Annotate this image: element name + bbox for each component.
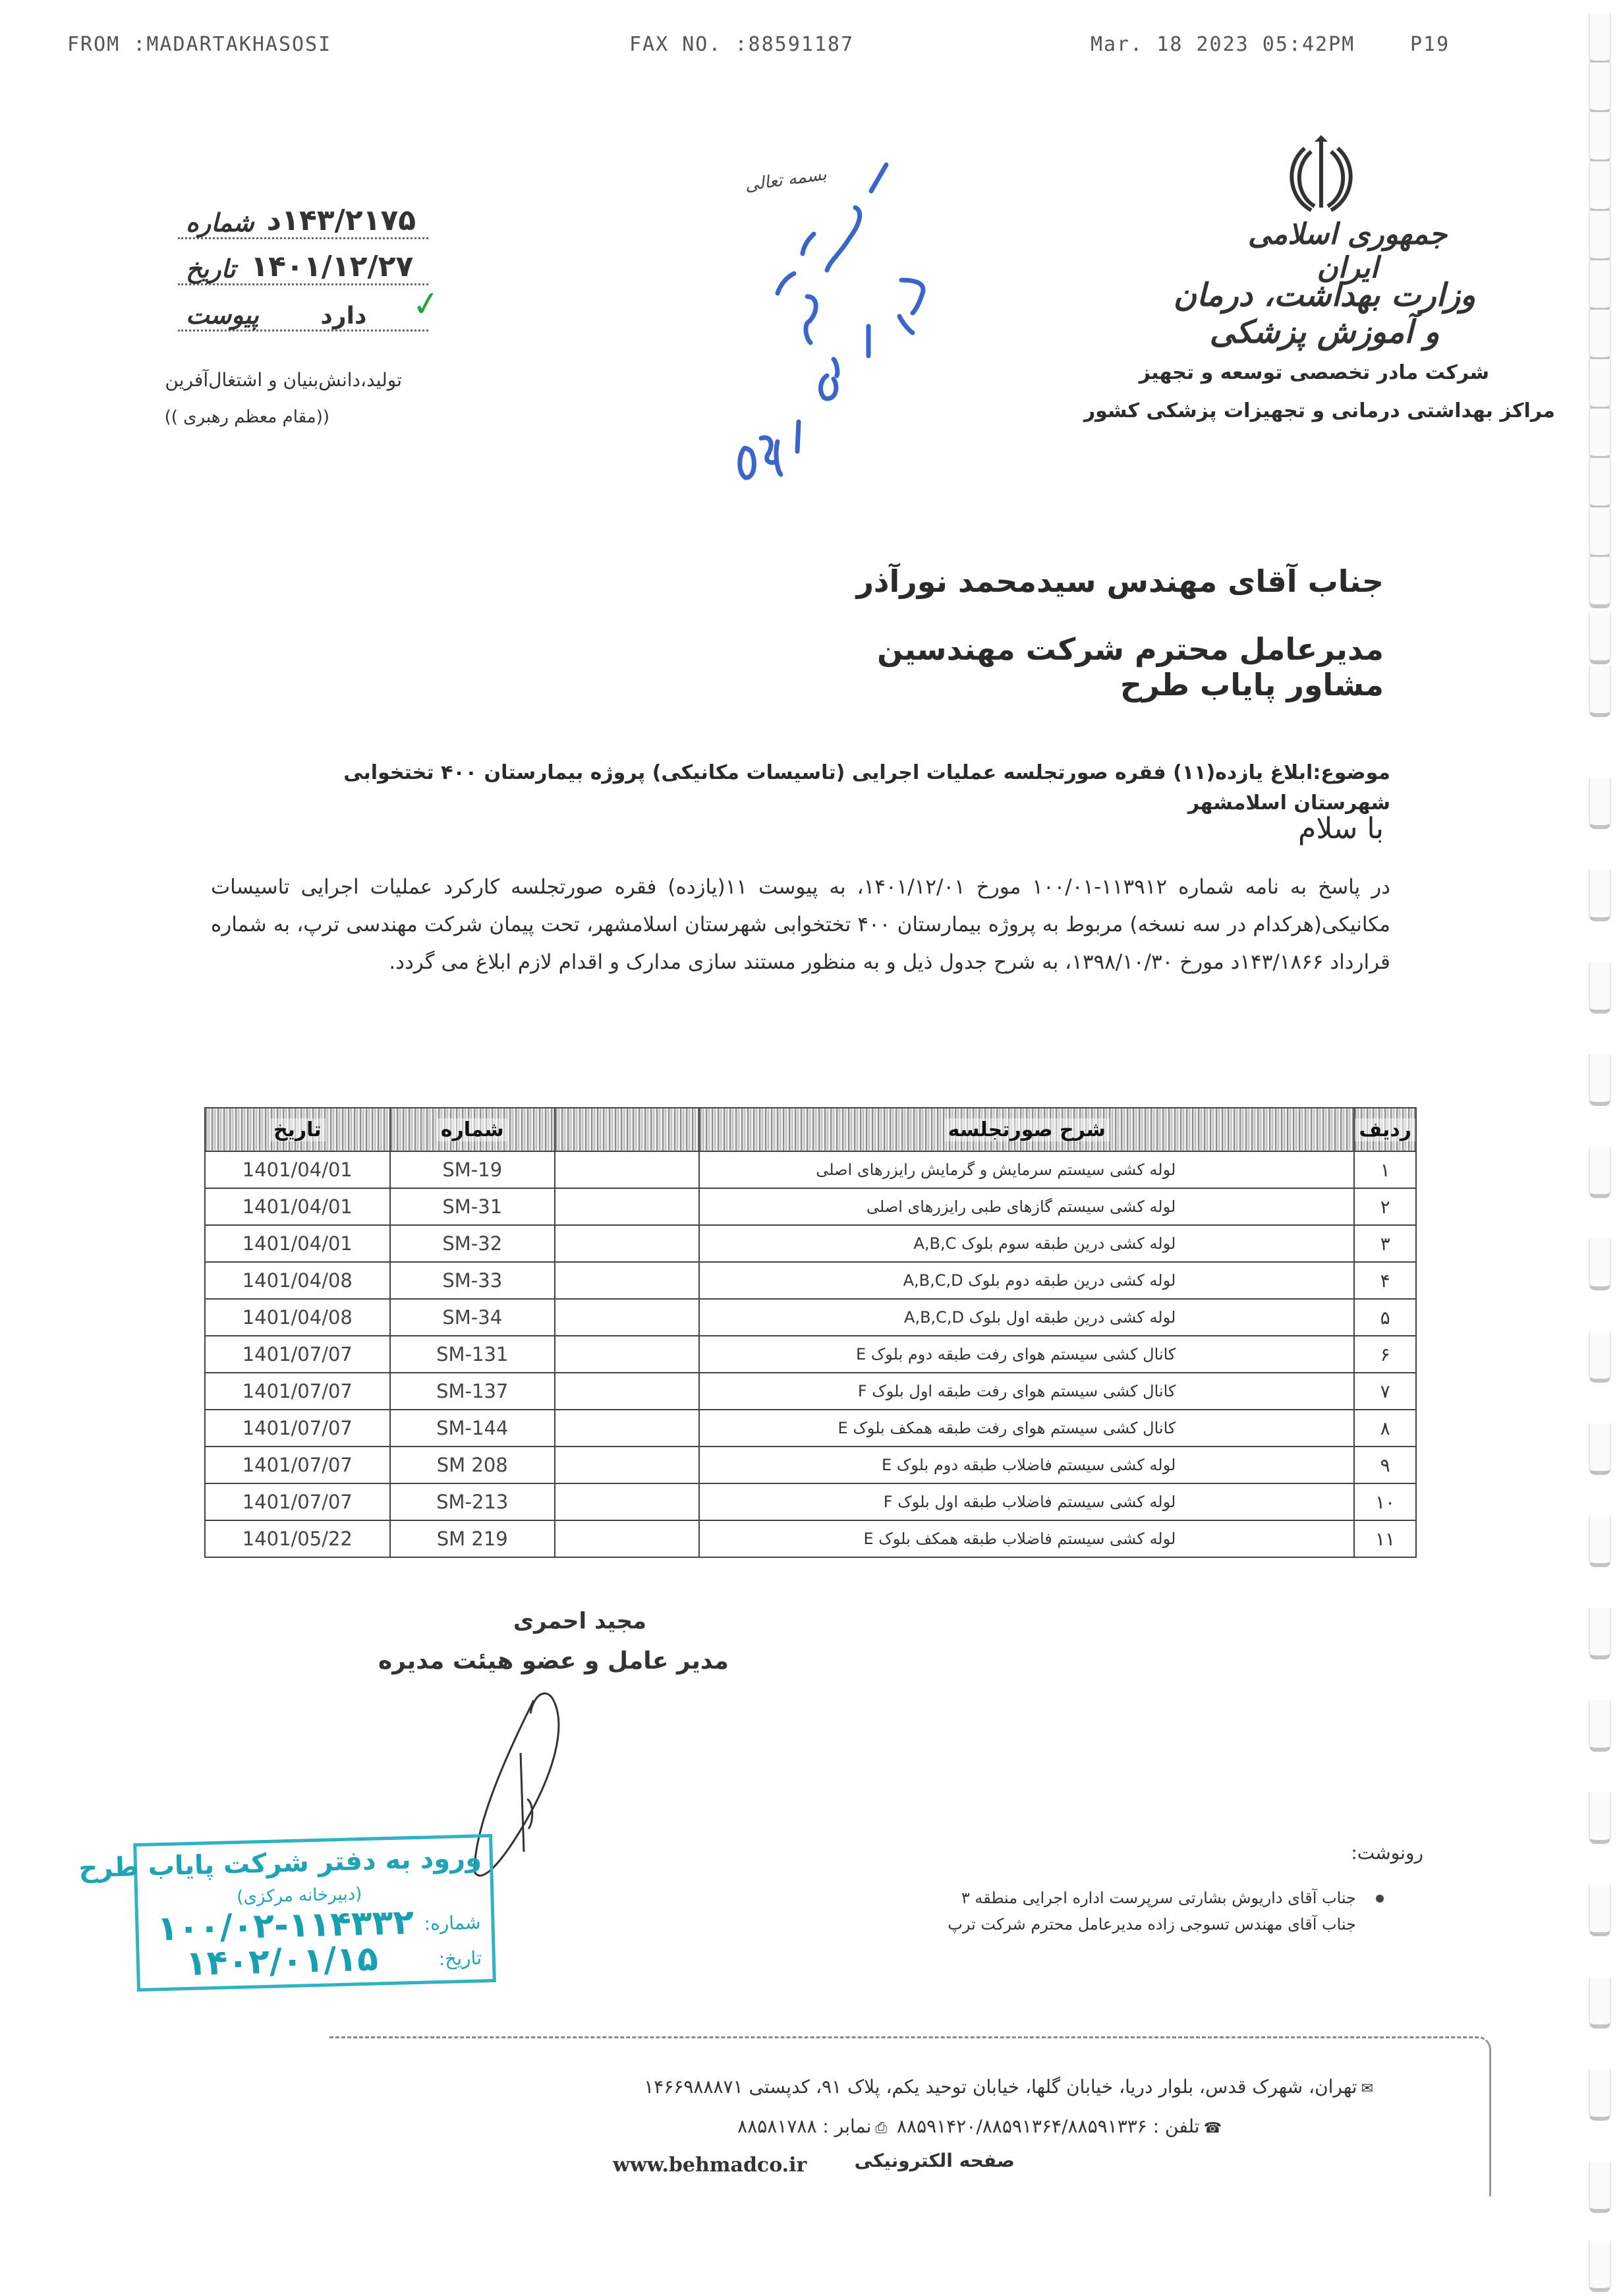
header-number: شماره	[390, 1108, 555, 1151]
row-blank	[555, 1299, 699, 1336]
row-index: ۱۱	[1354, 1520, 1416, 1557]
header-description: شرح صورتجلسه	[699, 1108, 1354, 1151]
binding-hole	[1589, 557, 1611, 608]
row-date: 1401/04/01	[205, 1151, 390, 1188]
row-index: ۷	[1354, 1373, 1416, 1410]
footer-address: ✉تهران، شهرک قدس، بلوار دریا، خیابان گله…	[369, 2076, 1377, 2098]
row-description: کانال کشی سیستم هوای رفت طبقه اول بلوک F	[699, 1373, 1354, 1410]
row-description: کانال کشی سیستم هوای رفت طبقه دوم بلوک E	[699, 1336, 1354, 1373]
reference-date-label: تاریخ	[186, 254, 236, 283]
binding-hole	[1589, 458, 1611, 509]
handwritten-annotation-icon	[698, 145, 975, 514]
row-description: لوله کشی سیستم سرمایش و گرمایش رایزرهای …	[699, 1151, 1354, 1188]
motto-line-2: ((مقام معظم رهبری ))	[125, 407, 329, 427]
motto-line-1: تولید،دانش‌بنیان و اشتغال‌آفرین	[152, 369, 402, 391]
table-row: ۶ کانال کشی سیستم هوای رفت طبقه دوم بلوک…	[205, 1336, 1416, 1373]
signatory-name: مجید احمری	[488, 1608, 672, 1634]
row-index: ۳	[1354, 1225, 1416, 1262]
binding-hole	[1589, 1054, 1611, 1106]
row-number: SM-34	[390, 1299, 555, 1336]
reference-number-label: شماره	[186, 208, 254, 237]
row-description: لوله کشی سیستم فاضلاب طبقه اول بلوک F	[699, 1483, 1354, 1520]
binding-hole	[1589, 1977, 1611, 2028]
table-row: ۸ کانال کشی سیستم هوای رفت طبقه همکف بلو…	[205, 1410, 1416, 1447]
row-description: کانال کشی سیستم هوای رفت طبقه همکف بلوک …	[699, 1410, 1354, 1447]
row-date: 1401/07/07	[205, 1447, 390, 1483]
row-number: SM-144	[390, 1410, 555, 1447]
binding-hole	[1589, 161, 1611, 213]
stamp-title: ورود به دفتر شرکت پایاب طرح	[78, 1843, 482, 1883]
row-description: لوله کشی درین طبقه دوم بلوک A,B,C,D	[699, 1262, 1354, 1299]
row-number: SM-213	[390, 1483, 555, 1520]
row-index: ۴	[1354, 1262, 1416, 1299]
binding-hole	[1589, 112, 1611, 163]
binding-hole	[1589, 359, 1611, 411]
binding-hole	[1589, 1147, 1611, 1198]
table-row: ۱۰ لوله کشی سیستم فاضلاب طبقه اول بلوک F…	[205, 1483, 1416, 1520]
row-date: 1401/07/07	[205, 1410, 390, 1447]
row-number: SM-31	[390, 1188, 555, 1225]
cc-list: جناب آقای داریوش بشارتی سرپرست اداره اجر…	[876, 1885, 1384, 1937]
fax-icon: ⎙	[875, 2120, 887, 2137]
row-number: SM 219	[390, 1520, 555, 1557]
phone-icon: ☎	[1204, 2120, 1222, 2137]
row-number: SM 208	[390, 1447, 555, 1483]
row-index: ۹	[1354, 1447, 1416, 1483]
table-row: ۳ لوله کشی درین طبقه سوم بلوک A,B,C SM-3…	[205, 1225, 1416, 1262]
row-date: 1401/07/07	[205, 1373, 390, 1410]
row-description: لوله کشی سیستم فاضلاب طبقه همکف بلوک E	[699, 1520, 1354, 1557]
reference-attachment-label: پیوست	[186, 300, 259, 330]
signatory-title: مدیر عامل و عضو هیئت مدیره	[376, 1648, 731, 1675]
table-header-row: ردیف شرح صورتجلسه شماره تاریخ	[205, 1108, 1416, 1151]
row-blank	[555, 1336, 699, 1373]
row-date: 1401/07/07	[205, 1336, 390, 1373]
binding-hole	[1589, 1793, 1611, 1844]
binding-hole	[1589, 13, 1611, 65]
reference-date-row: تاریخ ۱۴۰۱/۱۲/۲۷	[178, 244, 428, 285]
footer-website-link[interactable]: www.behmadco.ir	[613, 2154, 830, 2177]
cc-title: رونوشت:	[1318, 1842, 1423, 1864]
cc-item: جناب آقای داریوش بشارتی سرپرست اداره اجر…	[876, 1885, 1384, 1911]
binding-hole	[1589, 1331, 1611, 1383]
reference-attachment-value: دارد	[259, 302, 428, 330]
company-line-2: مراکز بهداشتی درمانی و تجهیزات پزشکی کشو…	[1015, 399, 1555, 422]
binding-hole	[1589, 2162, 1611, 2213]
row-index: ۲	[1354, 1188, 1416, 1225]
binding-hole	[1589, 2069, 1611, 2121]
binding-hole	[1589, 778, 1611, 829]
footer-website-label: صفحه الکترونیکی	[830, 2150, 1015, 2171]
table-row: ۹ لوله کشی سیستم فاضلاب طبقه دوم بلوک E …	[205, 1447, 1416, 1483]
company-line-1: شرکت مادر تخصصی توسعه و تجهیز	[1081, 361, 1489, 384]
fax-from: FROM :MADARTAKHASOSI	[67, 33, 331, 56]
binding-hole	[1589, 870, 1611, 921]
row-date: 1401/04/01	[205, 1188, 390, 1225]
header-row-index: ردیف	[1354, 1108, 1416, 1151]
iran-emblem-icon	[1285, 135, 1357, 214]
binding-hole	[1589, 2241, 1611, 2292]
header-date: تاریخ	[205, 1108, 390, 1151]
row-date: 1401/05/22	[205, 1520, 390, 1557]
stamp-date-value: ۱۴۰۲/۰۱/۱۵	[185, 1939, 378, 1984]
fax-datetime: Mar. 18 2023 05:42PM	[1091, 33, 1355, 56]
row-description: لوله کشی درین طبقه اول بلوک A,B,C,D	[699, 1299, 1354, 1336]
ministry-line-1: جمهوری اسلامی ایران	[1239, 217, 1456, 285]
table-row: ۷ کانال کشی سیستم هوای رفت طبقه اول بلوک…	[205, 1373, 1416, 1410]
reference-number-row: شماره ۱۴۳/۲۱۷۵د	[178, 198, 428, 239]
row-number: SM-137	[390, 1373, 555, 1410]
fax-number: FAX NO. :88591187	[629, 33, 854, 56]
binding-hole	[1589, 613, 1611, 664]
binding-hole	[1589, 260, 1611, 312]
stamp-number-label: شماره:	[424, 1911, 481, 1934]
binding-hole	[1589, 507, 1611, 559]
binding-hole	[1589, 63, 1611, 114]
table-row: ۴ لوله کشی درین طبقه دوم بلوک A,B,C,D SM…	[205, 1262, 1416, 1299]
row-blank	[555, 1188, 699, 1225]
stamp-date-label: تاریخ:	[438, 1947, 482, 1970]
cc-item: جناب آقای مهندس تسوجی زاده مدیرعامل محتر…	[876, 1911, 1356, 1937]
reference-attachment-row: پیوست دارد	[178, 290, 428, 331]
reference-date-value: ۱۴۰۱/۱۲/۲۷	[236, 250, 428, 283]
row-date: 1401/04/08	[205, 1299, 390, 1336]
row-number: SM-33	[390, 1262, 555, 1299]
letter-subject: موضوع:ابلاغ یازده(۱۱) فقره صورتجلسه عملی…	[329, 758, 1390, 818]
receipt-stamp: ورود به دفتر شرکت پایاب طرح (دبیرخانه مر…	[133, 1834, 496, 1992]
addressee-title: مدیرعامل محترم شرکت مهندسین مشاور پایاب …	[771, 631, 1384, 703]
table-row: ۱ لوله کشی سیستم سرمایش و گرمایش رایزرها…	[205, 1151, 1416, 1188]
minutes-table: ردیف شرح صورتجلسه شماره تاریخ ۱ لوله کشی…	[204, 1107, 1417, 1558]
row-number: SM-19	[390, 1151, 555, 1188]
row-index: ۱۰	[1354, 1483, 1416, 1520]
table-row: ۵ لوله کشی درین طبقه اول بلوک A,B,C,D SM…	[205, 1299, 1416, 1336]
reference-number-value: ۱۴۳/۲۱۷۵د	[254, 204, 428, 237]
row-blank	[555, 1151, 699, 1188]
table-row: ۲ لوله کشی سیستم گازهای طبی رایزرهای اصل…	[205, 1188, 1416, 1225]
binding-hole	[1589, 409, 1611, 460]
binding-hole	[1589, 1700, 1611, 1752]
row-blank	[555, 1483, 699, 1520]
row-description: لوله کشی سیستم گازهای طبی رایزرهای اصلی	[699, 1188, 1354, 1225]
binding-hole	[1589, 1423, 1611, 1475]
binding-hole	[1589, 211, 1611, 262]
row-blank	[555, 1225, 699, 1262]
binding-hole	[1589, 962, 1611, 1014]
row-blank	[555, 1262, 699, 1299]
row-blank	[555, 1520, 699, 1557]
row-date: 1401/04/08	[205, 1262, 390, 1299]
row-index: ۶	[1354, 1336, 1416, 1373]
table-row: ۱۱ لوله کشی سیستم فاضلاب طبقه همکف بلوک …	[205, 1520, 1416, 1557]
ministry-line-2: وزارت بهداشت، درمان و آموزش پزشکی	[1166, 277, 1483, 351]
row-date: 1401/04/01	[205, 1225, 390, 1262]
row-blank	[555, 1373, 699, 1410]
row-index: ۱	[1354, 1151, 1416, 1188]
bullet-icon	[1376, 1895, 1384, 1903]
binding-hole	[1589, 310, 1611, 361]
binding-hole	[1589, 1885, 1611, 1936]
binding-hole	[1589, 1239, 1611, 1290]
row-index: ۸	[1354, 1410, 1416, 1447]
greeting: با سلام	[1186, 812, 1384, 846]
row-number: SM-131	[390, 1336, 555, 1373]
envelope-icon: ✉	[1361, 2081, 1373, 2097]
row-description: لوله کشی درین طبقه سوم بلوک A,B,C	[699, 1225, 1354, 1262]
row-date: 1401/07/07	[205, 1483, 390, 1520]
row-blank	[555, 1447, 699, 1483]
letter-body: در پاسخ به نامه شماره ۱۱۳۹۱۲-۱۰۰/۰۱ مورخ…	[211, 869, 1390, 981]
green-checkmark-icon: ✓	[409, 283, 443, 326]
binding-hole	[1589, 1608, 1611, 1659]
row-index: ۵	[1354, 1299, 1416, 1336]
addressee-name: جناب آقای مهندس سیدمحمد نورآذر	[837, 563, 1384, 599]
row-number: SM-32	[390, 1225, 555, 1262]
footer-phone-fax: ☎تلفن : ۸۸۵۹۱۴۲۰/۸۸۵۹۱۳۶۴/۸۸۵۹۱۳۳۶ ⎙نماب…	[369, 2115, 1226, 2137]
row-description: لوله کشی سیستم فاضلاب طبقه دوم بلوک E	[699, 1447, 1354, 1483]
binding-hole	[1589, 666, 1611, 717]
binding-hole	[1589, 1516, 1611, 1567]
header-blank	[555, 1108, 699, 1151]
row-blank	[555, 1410, 699, 1447]
fax-page: P19	[1410, 33, 1450, 56]
